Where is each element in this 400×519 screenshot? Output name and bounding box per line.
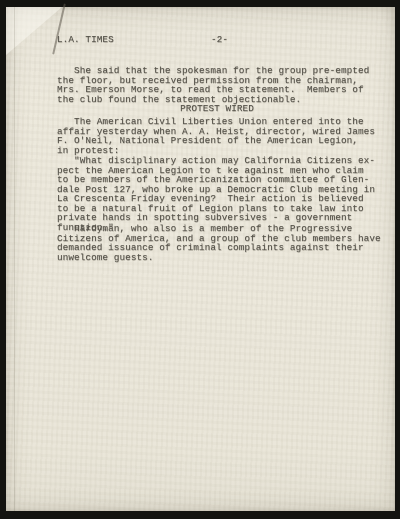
paragraph-aclu-protest: The American Civil Liberties Union enter… bbox=[57, 117, 375, 155]
typewritten-page: L.A. TIMES -2- She said that the spokesm… bbox=[6, 7, 395, 511]
section-heading-protest-wired: PROTEST WIRED bbox=[57, 104, 377, 114]
scanned-document-frame: L.A. TIMES -2- She said that the spokesm… bbox=[0, 0, 400, 519]
publication-title: L.A. TIMES bbox=[57, 35, 114, 45]
paragraph-spokesman-statement: She said that the spokesman for the grou… bbox=[57, 66, 369, 104]
paragraph-hardyman-complaints: Hardyman, who also is a member of the Pr… bbox=[57, 224, 381, 262]
paragraph-protest-quote: "What disciplinary action may California… bbox=[57, 156, 375, 232]
page-number: -2- bbox=[211, 35, 228, 45]
